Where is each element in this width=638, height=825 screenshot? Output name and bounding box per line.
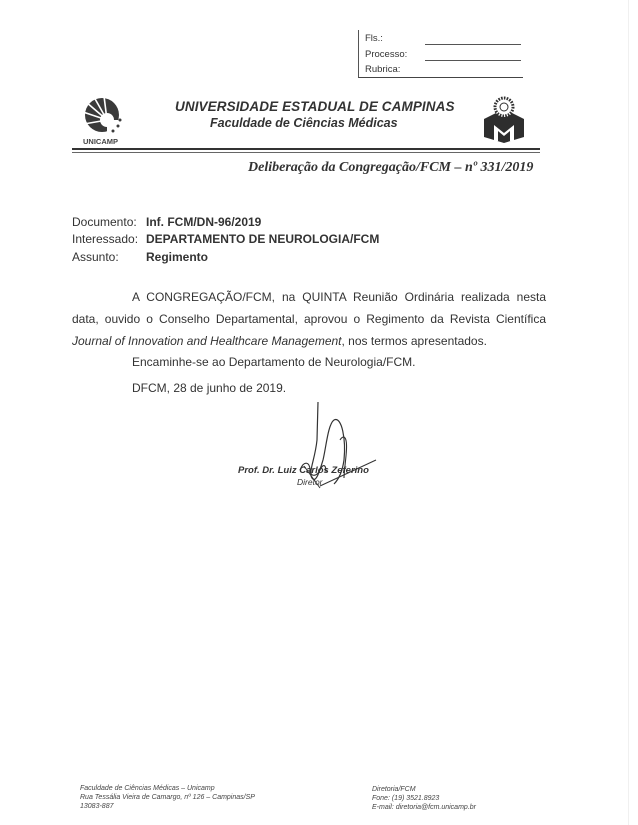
interessado-label: Interessado: — [72, 232, 138, 246]
processo-label: Processo: — [365, 49, 407, 60]
date-line: DFCM, 28 de junho de 2019. — [132, 378, 286, 400]
journal-name: Journal of Innovation and Healthcare Man… — [72, 334, 342, 348]
faculty-name: Faculdade de Ciências Médicas — [210, 116, 398, 130]
deliberation-title: Deliberação da Congregação/FCM – nº 331/… — [248, 160, 533, 176]
signatory-title: Diretor — [297, 477, 323, 487]
documento-label: Documento: — [72, 215, 137, 229]
assunto-label: Assunto: — [72, 250, 119, 264]
header-rule-thin — [72, 152, 540, 153]
footer-address-line: 13083-887 — [80, 802, 255, 811]
body-line-2: data, ouvido o Conselho Departamental, a… — [72, 309, 546, 331]
fls-label: Fls.: — [365, 33, 383, 44]
fcm-logo-icon — [480, 95, 528, 143]
protocol-stamp: Fls.: Processo: Rubrica: — [358, 30, 523, 78]
rubrica-label: Rubrica: — [365, 64, 400, 75]
assunto-value: Regimento — [146, 250, 208, 264]
body-line-3: Journal of Innovation and Healthcare Man… — [72, 331, 487, 353]
scan-edge — [628, 0, 629, 825]
footer-contact: Diretoria/FCM Fone: (19) 3521.8923 E-mai… — [372, 785, 476, 812]
footer-address-line: Faculdade de Ciências Médicas – Unicamp — [80, 784, 255, 793]
university-name: UNIVERSIDADE ESTADUAL DE CAMPINAS — [175, 99, 455, 114]
interessado-value: DEPARTAMENTO DE NEUROLOGIA/FCM — [146, 232, 379, 246]
footer-contact-line: Diretoria/FCM — [372, 785, 476, 794]
unicamp-logo-label: UNICAMP — [83, 137, 118, 146]
footer-address-line: Rua Tessália Vieira de Camargo, nº 126 –… — [80, 793, 255, 802]
header-rule — [72, 148, 540, 150]
body-line-3-rest: , nos termos apresentados. — [342, 334, 487, 348]
body-line-1: A CONGREGAÇÃO/FCM, na QUINTA Reunião Ord… — [132, 287, 546, 309]
processo-line — [425, 60, 521, 61]
forward-line: Encaminhe-se ao Departamento de Neurolog… — [132, 352, 415, 374]
documento-value: Inf. FCM/DN-96/2019 — [146, 215, 261, 229]
signatory-name: Prof. Dr. Luiz Carlos Zeferino — [238, 465, 369, 476]
footer-address: Faculdade de Ciências Médicas – Unicamp … — [80, 784, 255, 811]
footer-email: E-mail: diretoria@fcm.unicamp.br — [372, 803, 476, 812]
fls-line — [425, 44, 521, 45]
unicamp-logo-icon — [80, 96, 128, 138]
footer-contact-line: Fone: (19) 3521.8923 — [372, 794, 476, 803]
